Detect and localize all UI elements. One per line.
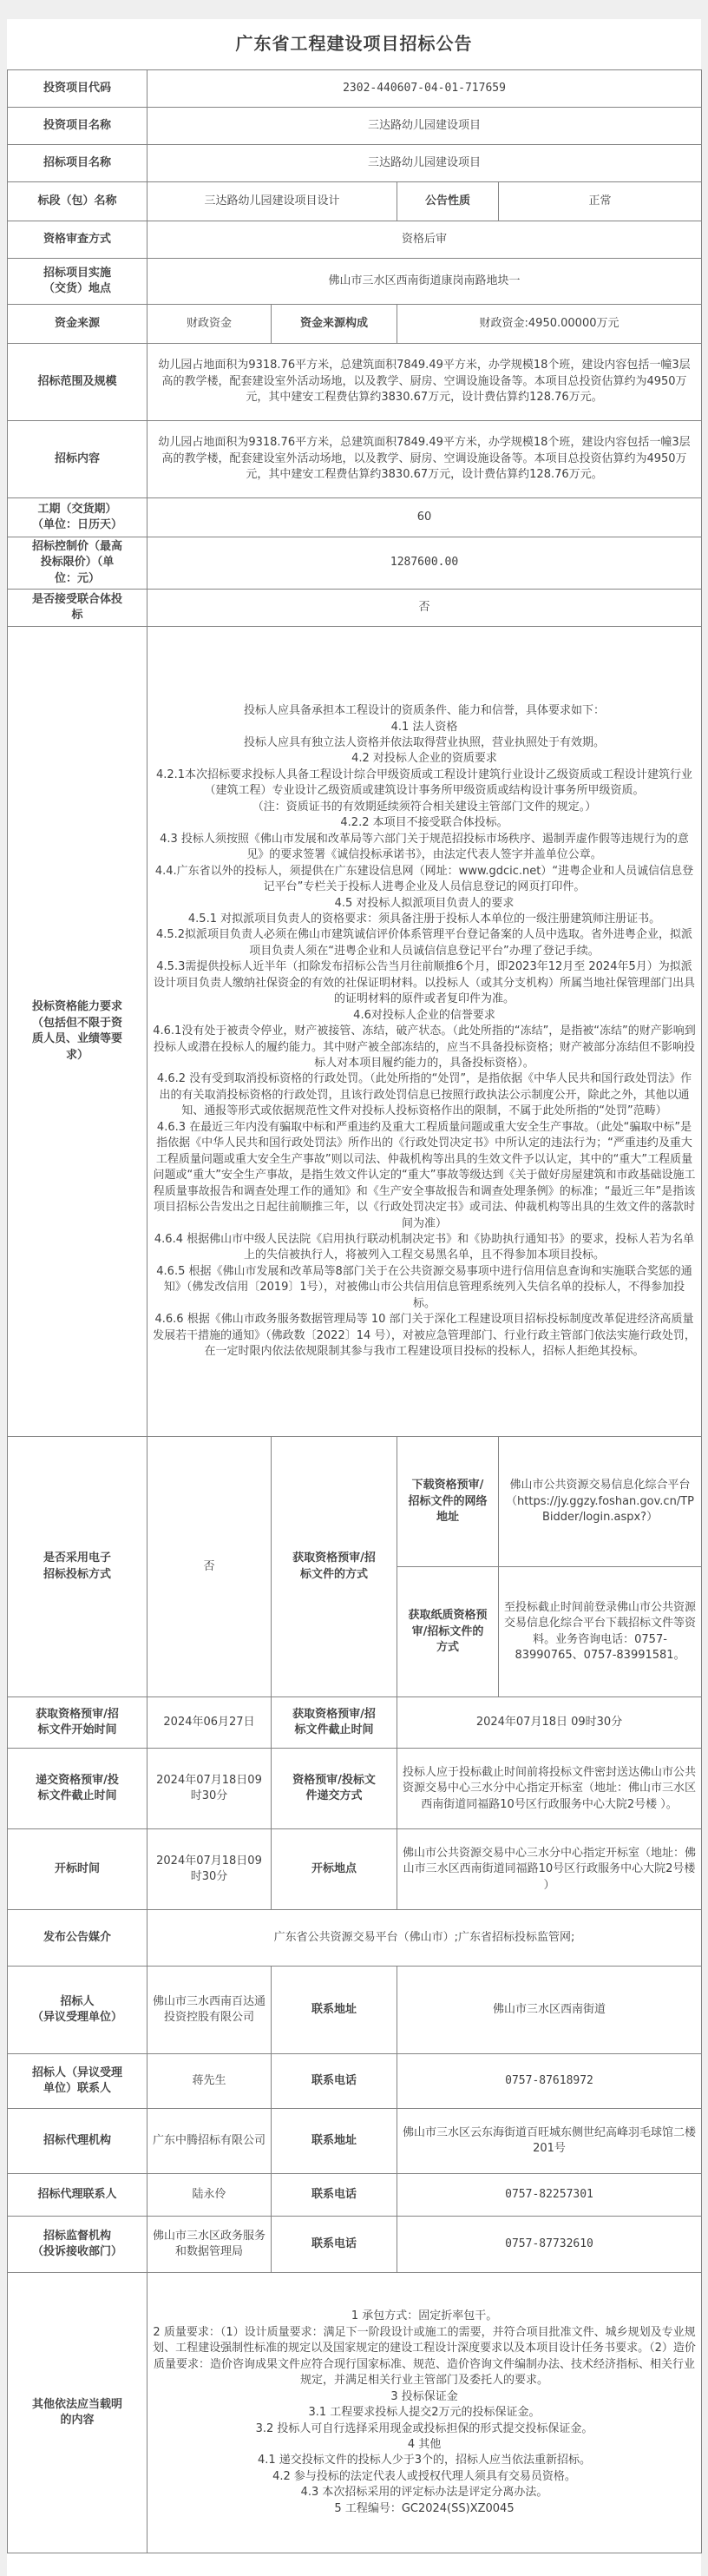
qualification-review-value: 资格后审 xyxy=(147,221,702,259)
funding-composition-label: 资金来源构成 xyxy=(272,305,397,344)
funding-composition-value: 财政资金:4950.00000万元 xyxy=(397,305,702,344)
table-row: 投标资格能力要求 （包括但不限于资 质人员、业绩等要 求） 投标人应具备承担本工… xyxy=(8,627,702,1437)
agency-phone-label: 联系电话 xyxy=(272,2174,397,2217)
qualification-review-label: 资格审查方式 xyxy=(8,221,147,259)
table-row: 发布公告媒介 广东省公共资源交易平台（佛山市）;广东省招标投标监管网; xyxy=(8,1910,702,1967)
paper-doc-label: 获取纸质资格预 审/招标文件的 方式 xyxy=(397,1567,499,1697)
table-row: 招标人 （异议受理单位） 佛山市三水西南百达通投资控股有限公司 联系地址 佛山市… xyxy=(8,1967,702,2054)
bid-opening-place-label: 开标地点 xyxy=(272,1829,397,1910)
agency-addr-label: 联系地址 xyxy=(272,2109,397,2174)
duration-value: 60 xyxy=(147,498,702,537)
announcement-sheet: 广东省工程建设项目招标公告 投资项目代码 2302-440607-04-01-7… xyxy=(7,19,701,2576)
table-row: 投资项目名称 三达路幼儿园建设项目 xyxy=(8,108,702,145)
duration-label: 工期（交货期） （单位：日历天） xyxy=(8,498,147,537)
submission-method-value: 投标人应于投标截止时间前将投标文件密封送达佛山市公共资源交易中心三水分中心指定开… xyxy=(397,1749,702,1829)
page: { "page_title": "广东省工程建设项目招标公告", "rows":… xyxy=(0,19,708,2576)
tenderer-addr-label: 联系地址 xyxy=(272,1967,397,2054)
table-row: 工期（交货期） （单位：日历天） 60 xyxy=(8,498,702,537)
download-url-value: 佛山市公共资源交易信息化综合平台 （https://jy.ggzy.foshan… xyxy=(499,1437,702,1567)
table-row: 招标人（异议受理 单位）联系人 蒋先生 联系电话 0757-87618972 xyxy=(8,2054,702,2109)
notice-nature-value: 正常 xyxy=(499,182,702,221)
agency-contact-value: 陆永伶 xyxy=(147,2174,272,2217)
section-label: 标段（包）名称 xyxy=(8,182,147,221)
table-row: 递交资格预审/投 标文件截止时间 2024年07月18日09时30分 资格预审/… xyxy=(8,1749,702,1829)
table-row: 获取资格预审/招 标文件开始时间 2024年06月27日 获取资格预审/招 标文… xyxy=(8,1697,702,1749)
doc-obtain-start-label: 获取资格预审/招 标文件开始时间 xyxy=(8,1697,147,1749)
table-row: 招标监督机构 （投诉接收部门） 佛山市三水区政务服务和数据管理局 联系电话 07… xyxy=(8,2217,702,2273)
media-label: 发布公告媒介 xyxy=(8,1910,147,1967)
qualification-requirements-label: 投标资格能力要求 （包括但不限于资 质人员、业绩等要 求） xyxy=(8,627,147,1437)
scope-value: 幼儿园占地面积为9318.76平方米，总建筑面积7849.49平方米，办学规模1… xyxy=(147,344,702,421)
bid-opening-time-value: 2024年07月18日09时30分 xyxy=(147,1829,272,1910)
tenderer-phone-value: 0757-87618972 xyxy=(397,2054,702,2109)
doc-obtain-end-value: 2024年07月18日 09时30分 xyxy=(397,1697,702,1749)
notice-nature-label: 公告性质 xyxy=(397,182,499,221)
investment-name-label: 投资项目名称 xyxy=(8,108,147,145)
investment-name-value: 三达路幼儿园建设项目 xyxy=(147,108,702,145)
table-row: 招标项目实施 （交货）地点 佛山市三水区西南街道康岗南路地块一 xyxy=(8,259,702,305)
agency-addr-value: 佛山市三水区云东海街道百旺城东侧世纪高峰羽毛球馆二楼201号 xyxy=(397,2109,702,2174)
control-price-value: 1287600.00 xyxy=(147,537,702,590)
table-row: 招标范围及规模 幼儿园占地面积为9318.76平方米，总建筑面积7849.49平… xyxy=(8,344,702,421)
supervisor-value: 佛山市三水区政务服务和数据管理局 xyxy=(147,2217,272,2273)
supervisor-label: 招标监督机构 （投诉接收部门） xyxy=(8,2217,147,2273)
bid-opening-time-label: 开标时间 xyxy=(8,1829,147,1910)
control-price-label: 招标控制价（最高 投标限价）（单 位：元） xyxy=(8,537,147,590)
table-row: 是否接受联合体投 标 否 xyxy=(8,590,702,627)
doc-obtain-end-label: 获取资格预审/招 标文件截止时间 xyxy=(272,1697,397,1749)
tenderer-addr-value: 佛山市三水区西南街道 xyxy=(397,1967,702,2054)
location-label: 招标项目实施 （交货）地点 xyxy=(8,259,147,305)
consortium-label: 是否接受联合体投 标 xyxy=(8,590,147,627)
supervisor-phone-value: 0757-87732610 xyxy=(397,2217,702,2273)
funding-label: 资金来源 xyxy=(8,305,147,344)
tender-name-label: 招标项目名称 xyxy=(8,145,147,182)
table-row: 资金来源 财政资金 资金来源构成 财政资金:4950.00000万元 xyxy=(8,305,702,344)
qualification-requirements-value: 投标人应具备承担本工程设计的资质条件、能力和信誉，具体要求如下： 4.1 法人资… xyxy=(147,627,702,1437)
media-value: 广东省公共资源交易平台（佛山市）;广东省招标投标监管网; xyxy=(147,1910,702,1967)
table-row: 招标代理机构 广东中腾招标有限公司 联系地址 佛山市三水区云东海街道百旺城东侧世… xyxy=(8,2109,702,2174)
e-bidding-value: 否 xyxy=(147,1437,272,1697)
table-row: 招标控制价（最高 投标限价）（单 位：元） 1287600.00 xyxy=(8,537,702,590)
section-value: 三达路幼儿园建设项目设计 xyxy=(147,182,397,221)
e-bidding-label: 是否采用电子 招标投标方式 xyxy=(8,1437,147,1697)
bid-opening-place-value: 佛山市公共资源交易中心三水分中心指定开标室（地址：佛山市三水区西南街道同福路10… xyxy=(397,1829,702,1910)
agency-contact-label: 招标代理联系人 xyxy=(8,2174,147,2217)
table-row: 标段（包）名称 三达路幼儿园建设项目设计 公告性质 正常 xyxy=(8,182,702,221)
submission-deadline-label: 递交资格预审/投 标文件截止时间 xyxy=(8,1749,147,1829)
content-value: 幼儿园占地面积为9318.76平方米，总建筑面积7849.49平方米，办学规模1… xyxy=(147,421,702,498)
tenderer-phone-label: 联系电话 xyxy=(272,2054,397,2109)
tenderer-contact-value: 蒋先生 xyxy=(147,2054,272,2109)
table-row: 招标内容 幼儿园占地面积为9318.76平方米，总建筑面积7849.49平方米，… xyxy=(8,421,702,498)
agency-phone-value: 0757-82257301 xyxy=(397,2174,702,2217)
location-value: 佛山市三水区西南街道康岗南路地块一 xyxy=(147,259,702,305)
content-label: 招标内容 xyxy=(8,421,147,498)
submission-deadline-value: 2024年07月18日09时30分 xyxy=(147,1749,272,1829)
tender-name-value: 三达路幼儿园建设项目 xyxy=(147,145,702,182)
table-row: 招标代理联系人 陆永伶 联系电话 0757-82257301 xyxy=(8,2174,702,2217)
tenderer-value: 佛山市三水西南百达通投资控股有限公司 xyxy=(147,1967,272,2054)
table-row: 招标项目名称 三达路幼儿园建设项目 xyxy=(8,145,702,182)
consortium-value: 否 xyxy=(147,590,702,627)
download-url-label: 下载资格预审/ 招标文件的网络 地址 xyxy=(397,1437,499,1567)
submission-method-label: 资格预审/投标文 件递交方式 xyxy=(272,1749,397,1829)
paper-doc-value: 至投标截止时间前登录佛山市公共资源交易信息化综合平台下载招标文件等资料。业务咨询… xyxy=(499,1567,702,1697)
tenderer-label: 招标人 （异议受理单位） xyxy=(8,1967,147,2054)
doc-obtain-method-label: 获取资格预审/招 标文件的方式 xyxy=(272,1437,397,1697)
table-row: 开标时间 2024年07月18日09时30分 开标地点 佛山市公共资源交易中心三… xyxy=(8,1829,702,1910)
supervisor-phone-label: 联系电话 xyxy=(272,2217,397,2273)
other-content-label: 其他依法应当载明 的内容 xyxy=(8,2273,147,2553)
other-content-value: 1 承包方式：固定折率包干。 2 质量要求：（1）设计质量要求：满足下一阶段设计… xyxy=(147,2273,702,2553)
doc-obtain-start-value: 2024年06月27日 xyxy=(147,1697,272,1749)
page-title: 广东省工程建设项目招标公告 xyxy=(7,19,701,69)
agency-value: 广东中腾招标有限公司 xyxy=(147,2109,272,2174)
investment-code-label: 投资项目代码 xyxy=(8,70,147,108)
agency-label: 招标代理机构 xyxy=(8,2109,147,2174)
investment-code-value: 2302-440607-04-01-717659 xyxy=(147,70,702,108)
table-row: 其他依法应当载明 的内容 1 承包方式：固定折率包干。 2 质量要求：（1）设计… xyxy=(8,2273,702,2553)
funding-value: 财政资金 xyxy=(147,305,272,344)
scope-label: 招标范围及规模 xyxy=(8,344,147,421)
tender-announcement-table: 投资项目代码 2302-440607-04-01-717659 投资项目名称 三… xyxy=(7,69,702,2553)
tenderer-contact-label: 招标人（异议受理 单位）联系人 xyxy=(8,2054,147,2109)
table-row: 资格审查方式 资格后审 xyxy=(8,221,702,259)
table-row: 是否采用电子 招标投标方式 否 获取资格预审/招 标文件的方式 下载资格预审/ … xyxy=(8,1437,702,1567)
table-row: 投资项目代码 2302-440607-04-01-717659 xyxy=(8,70,702,108)
